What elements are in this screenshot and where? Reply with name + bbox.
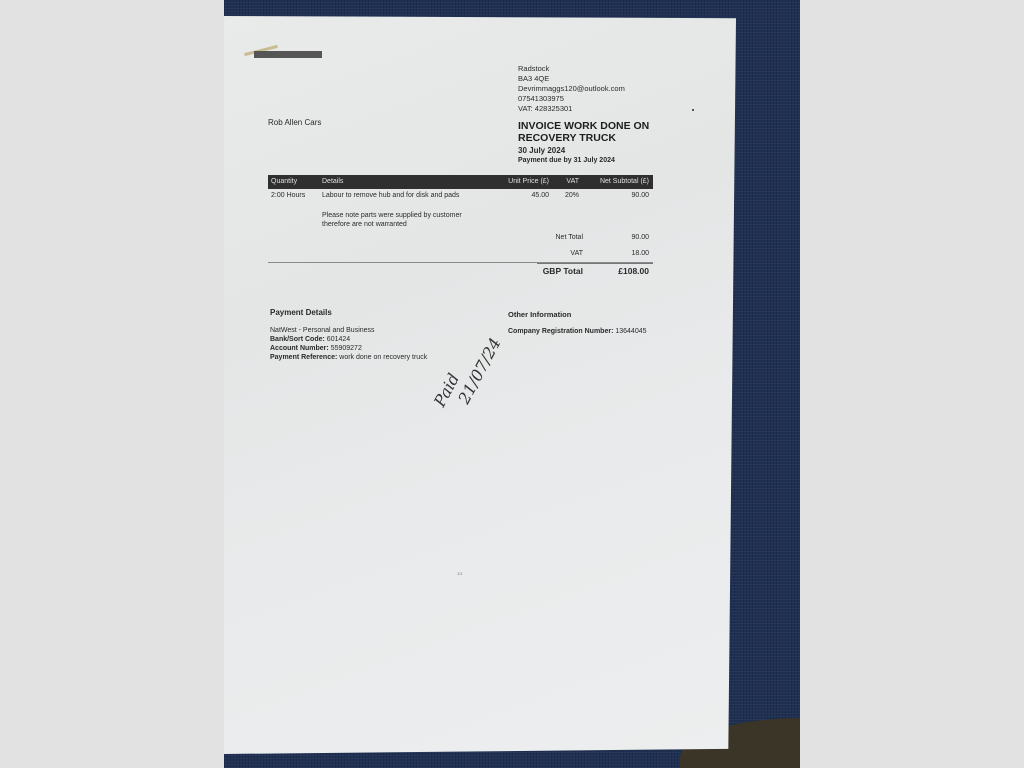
other-information-heading: Other Information: [508, 310, 571, 320]
cell-unit-price: 45.00: [531, 192, 549, 199]
sort-code-label: Bank/Sort Code:: [270, 336, 325, 343]
speck: [692, 109, 694, 111]
company-registration-label: Company Registration Number:: [508, 328, 613, 335]
payment-details-heading: Payment Details: [270, 308, 332, 318]
invoice-title: INVOICE WORK DONE ON RECOVERY TRUCK: [518, 120, 649, 144]
account-number-label: Account Number:: [270, 345, 329, 352]
invoice-title-line1: INVOICE WORK DONE ON: [518, 120, 649, 132]
net-total-row: Net Total 90.00: [504, 234, 653, 246]
gbp-total-label: GBP Total: [543, 266, 583, 276]
gbp-total-value: £108.00: [618, 266, 649, 276]
net-total-value: 90.00: [631, 234, 649, 241]
photo-background: Radstock BA3 4QE Devrimmaggs120@outlook.…: [224, 0, 800, 768]
client-name: Rob Allen Cars: [268, 118, 321, 128]
warranty-note-line2: therefore are not warranted: [322, 220, 462, 229]
table-row: 2:00 Hours Labour to remove hub and for …: [268, 189, 653, 203]
sender-vat: VAT: 428325301: [518, 104, 625, 114]
vat-total-row: VAT 18.00: [504, 250, 653, 262]
sort-code-line: Bank/Sort Code: 601424: [270, 335, 427, 344]
handwritten-line2: 21/07/24: [454, 335, 505, 408]
payment-reference-line: Payment Reference: work done on recovery…: [270, 353, 427, 362]
payment-due: Payment due by 31 July 2024: [518, 156, 615, 166]
header-unit-price: Unit Price (£): [508, 178, 549, 185]
sender-address: Radstock BA3 4QE Devrimmaggs120@outlook.…: [518, 60, 625, 114]
invoice-date: 30 July 2024: [518, 146, 565, 156]
account-number-value: 55909272: [331, 345, 362, 352]
gbp-total-row: GBP Total £108.00: [504, 266, 653, 280]
vat-total-label: VAT: [570, 250, 583, 257]
sender-email: Devrimmaggs120@outlook.com: [518, 84, 625, 94]
page-number: 1/1: [457, 569, 463, 579]
cell-details: Labour to remove hub and for disk and pa…: [322, 192, 459, 199]
vat-total-value: 18.00: [631, 250, 649, 257]
address-town: Radstock: [518, 64, 625, 74]
invoice-title-line2: RECOVERY TRUCK: [518, 132, 649, 144]
invoice-paper: Radstock BA3 4QE Devrimmaggs120@outlook.…: [224, 16, 736, 754]
company-registration-line: Company Registration Number: 13644045: [508, 327, 647, 337]
cell-vat: 20%: [565, 192, 579, 199]
table-header: Quantity Details Unit Price (£) VAT Net …: [268, 175, 653, 189]
redacted-logo-bar: [254, 51, 322, 58]
warranty-note: Please note parts were supplied by custo…: [322, 211, 462, 229]
sender-phone: 07541303975: [518, 94, 625, 104]
divider-totals: [537, 263, 653, 264]
payment-details: NatWest - Personal and Business Bank/Sor…: [270, 326, 427, 362]
cell-quantity: 2:00 Hours: [271, 192, 305, 199]
company-registration-value: 13644045: [615, 328, 646, 335]
payment-reference-label: Payment Reference:: [270, 354, 337, 361]
header-quantity: Quantity: [271, 178, 297, 185]
bank-name: NatWest - Personal and Business: [270, 326, 427, 335]
net-total-label: Net Total: [556, 234, 584, 241]
account-number-line: Account Number: 55909272: [270, 344, 427, 353]
warranty-note-line1: Please note parts were supplied by custo…: [322, 211, 462, 220]
line-items-table: Quantity Details Unit Price (£) VAT Net …: [268, 175, 653, 203]
payment-reference-value: work done on recovery truck: [339, 354, 427, 361]
header-vat: VAT: [566, 178, 579, 185]
sort-code-value: 601424: [327, 336, 350, 343]
address-postcode: BA3 4QE: [518, 74, 625, 84]
cell-net-subtotal: 90.00: [631, 192, 649, 199]
header-details: Details: [322, 178, 343, 185]
header-net-subtotal: Net Subtotal (£): [600, 178, 649, 185]
handwritten-paid-note: Paid 21/07/24: [430, 325, 506, 420]
